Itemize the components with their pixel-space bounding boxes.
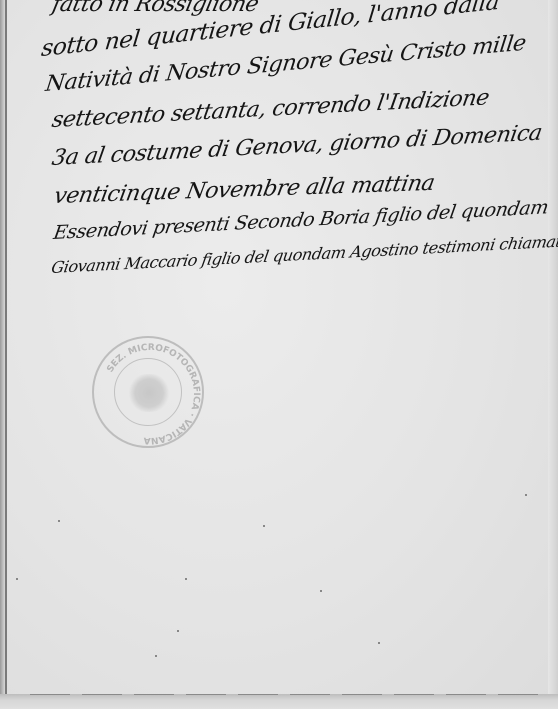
stamp-emblem-icon: [128, 374, 170, 412]
paper-speck: [16, 578, 18, 580]
manuscript-page: fatto in Rossiglione sotto nel quartiere…: [0, 0, 558, 709]
page-bottom-line: [30, 694, 550, 695]
paper-speck: [378, 642, 380, 644]
paper-speck: [263, 525, 265, 527]
paper-speck: [185, 578, 187, 580]
page-right-edge: [548, 0, 558, 709]
handwritten-line-6: venticinque Novembre alla mattina: [52, 171, 436, 209]
archive-stamp: SEZ. MICROFOTOGRAFICA · VATICANA: [92, 336, 204, 448]
paper-speck: [320, 590, 322, 592]
paper-speck: [58, 520, 60, 522]
page-bottom-edge: [0, 694, 558, 709]
paper-speck: [155, 655, 157, 657]
paper-speck: [177, 630, 179, 632]
paper-speck: [525, 494, 527, 496]
handwritten-line-1: fatto in Rossiglione: [50, 0, 261, 17]
page-binding-line: [5, 0, 7, 698]
